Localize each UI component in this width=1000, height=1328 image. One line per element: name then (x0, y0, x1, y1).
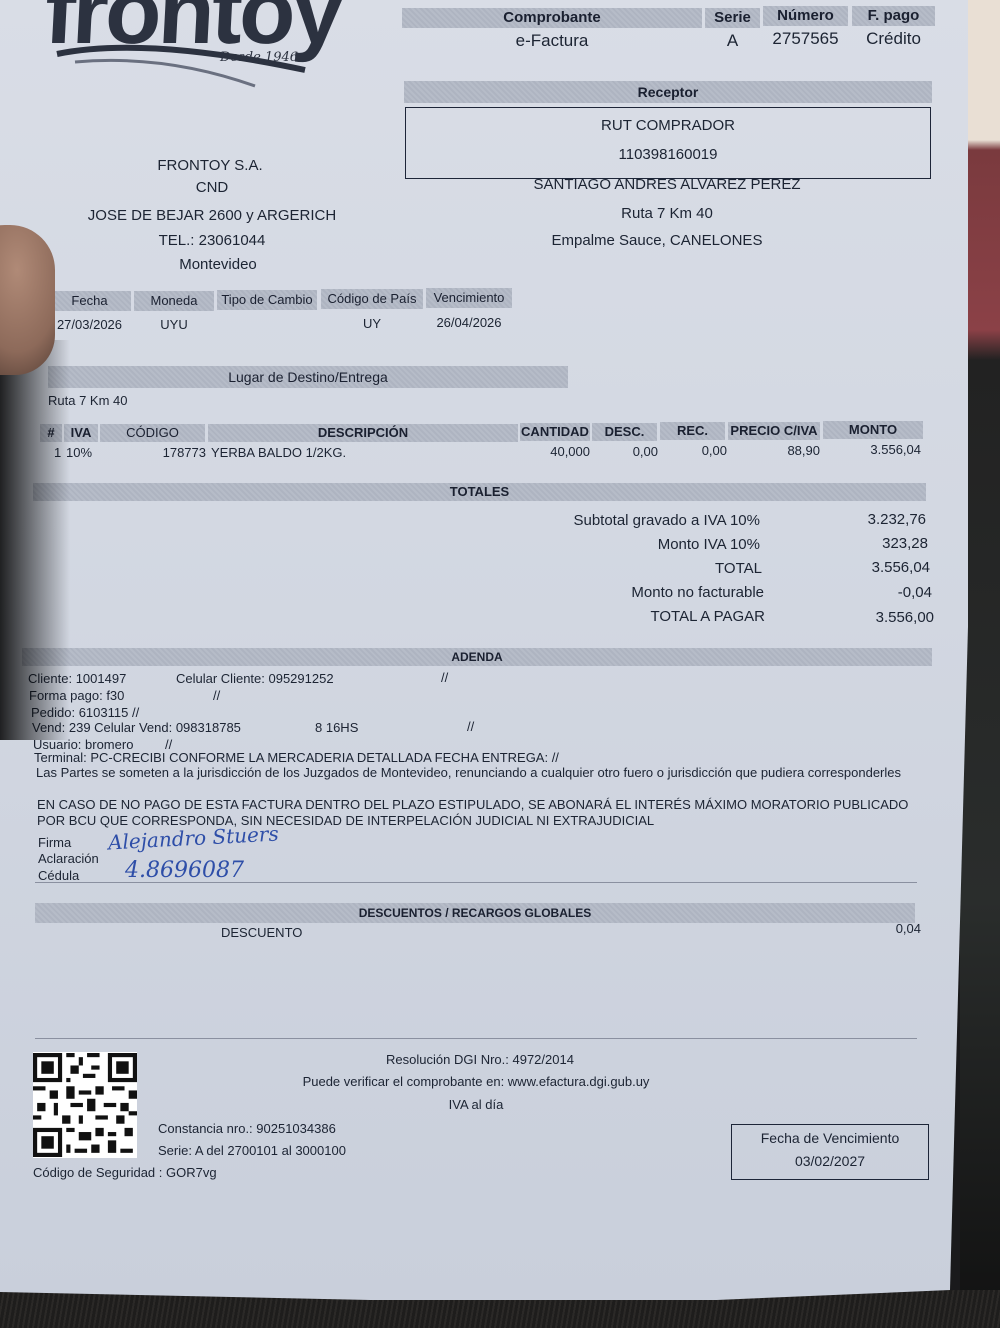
total-pagar-label: TOTAL A PAGAR (500, 608, 765, 625)
item-desc: 0,00 (592, 444, 658, 459)
qr-code-icon (33, 1052, 137, 1158)
total-label: TOTAL (500, 560, 762, 577)
doc-header-serie: Serie (705, 8, 760, 28)
divider (35, 1038, 917, 1039)
issuer-city: Montevideo (68, 256, 368, 273)
divider (35, 882, 917, 883)
dgi-resolution: Resolución DGI Nro.: 4972/2014 (270, 1052, 690, 1067)
items-header-desc: DESC. (592, 423, 657, 441)
issuer-branch: CND (62, 179, 362, 196)
items-header-monto: MONTO (823, 421, 923, 439)
doc-type: e-Factura (402, 31, 702, 51)
info-header-fecha: Fecha (48, 291, 131, 311)
receptor-name: SANTIAGO ANDRES ALVAREZ PEREZ (405, 176, 929, 193)
due-date-label: Fecha de Vencimiento (732, 1130, 928, 1146)
info-moneda: UYU (134, 317, 214, 332)
rut-label: RUT COMPRADOR (406, 117, 930, 134)
item-price: 88,90 (728, 443, 820, 458)
doc-header-comprobante: Comprobante (402, 8, 702, 28)
subtotal-label: Subtotal gravado a IVA 10% (500, 512, 760, 529)
item-amount: 3.556,04 (823, 442, 921, 457)
items-header-precio: PRECIO C/IVA (728, 422, 820, 440)
adenda-hours: 8 16HS (315, 720, 358, 735)
aclaracion-label: Aclaración (38, 851, 99, 866)
doc-header-numero: Número (763, 6, 848, 26)
items-header-descripcion: DESCRIPCIÓN (208, 424, 518, 442)
adenda-sep-1: // (441, 670, 448, 685)
adenda-legal-jurisdiction: Las Partes se someten a la jurisdicción … (36, 765, 916, 781)
doc-number: 2757565 (763, 29, 848, 49)
subtotal-value: 3.232,76 (800, 511, 926, 528)
due-date-box: Fecha de Vencimiento 03/02/2027 (731, 1124, 929, 1180)
item-code: 178773 (100, 445, 206, 460)
receptor-address: Ruta 7 Km 40 (405, 205, 929, 222)
total-value: 3.556,04 (800, 559, 930, 576)
cedula-label: Cédula (38, 868, 79, 883)
info-fecha: 27/03/2026 (48, 317, 131, 332)
receptor-header: Receptor (404, 81, 932, 103)
adenda-sep-2: // (213, 688, 220, 703)
destination-header: Lugar de Destino/Entrega (48, 366, 568, 388)
no-facturable-value: -0,04 (800, 584, 932, 601)
iva-status: IVA al día (266, 1097, 686, 1112)
no-facturable-label: Monto no facturable (500, 584, 764, 601)
discounts-header: DESCUENTOS / RECARGOS GLOBALES (35, 903, 915, 923)
item-description: YERBA BALDO 1/2KG. (211, 445, 346, 460)
firma-label: Firma (38, 835, 71, 850)
items-header-codigo: CÓDIGO (100, 424, 205, 442)
rut-box: RUT COMPRADOR 110398160019 (405, 107, 931, 179)
issuer-phone: TEL.: 23061044 (62, 232, 362, 249)
invoice-paper: frontoy Desde 1946 Comprobante Serie Núm… (0, 0, 968, 1300)
discount-label: DESCUENTO (221, 925, 302, 940)
logo-tagline: Desde 1946 (220, 50, 298, 65)
constancia-number: Constancia nro.: 90251034386 (158, 1121, 336, 1136)
adenda-sep-3: // (467, 719, 474, 734)
handwritten-cedula: 4.8696087 (125, 858, 244, 883)
due-date-value: 03/02/2027 (732, 1153, 928, 1169)
discount-value: 0,04 (820, 921, 921, 936)
thumb (0, 225, 55, 375)
doc-header-fpago: F. pago (852, 6, 935, 26)
serie-range: Serie: A del 2700101 al 3000100 (158, 1143, 346, 1158)
item-quantity: 40,000 (520, 444, 590, 459)
doc-serie: A (705, 31, 760, 51)
info-header-vencimiento: Vencimiento (426, 288, 512, 308)
items-header-cantidad: CANTIDAD (520, 423, 590, 441)
hand-shadow (0, 340, 70, 740)
info-vencimiento: 26/04/2026 (426, 315, 512, 330)
info-header-tipo-cambio: Tipo de Cambio (217, 290, 317, 310)
rut-value: 110398160019 (406, 146, 930, 163)
iva-value: 323,28 (800, 535, 928, 552)
doc-payment: Crédito (852, 29, 935, 49)
adenda-client-phone: Celular Cliente: 095291252 (176, 671, 334, 686)
issuer-address: JOSE DE BEJAR 2600 y ARGERICH (62, 207, 362, 224)
security-code: Código de Seguridad : GOR7vg (33, 1165, 217, 1180)
adenda-legal-interest: EN CASO DE NO PAGO DE ESTA FACTURA DENTR… (37, 797, 937, 829)
totals-header: TOTALES (33, 483, 926, 501)
info-header-moneda: Moneda (134, 291, 214, 311)
adenda-terminal: Terminal: PC-CRECIBI CONFORME LA MERCADE… (34, 750, 559, 765)
issuer-name: FRONTOY S.A. (60, 157, 360, 174)
adenda-header: ADENDA (22, 648, 932, 666)
items-header-rec: REC. (660, 422, 725, 440)
info-header-codigo-pais: Código de País (321, 289, 423, 309)
verify-text: Puede verificar el comprobante en: www.e… (266, 1074, 686, 1089)
receptor-locality: Empalme Sauce, CANELONES (395, 232, 919, 249)
info-codigo-pais: UY (321, 316, 423, 331)
iva-label: Monto IVA 10% (500, 536, 760, 553)
logo-swoosh-icon (55, 40, 315, 90)
total-pagar-value: 3.556,00 (800, 609, 934, 626)
item-rec: 0,00 (660, 443, 727, 458)
